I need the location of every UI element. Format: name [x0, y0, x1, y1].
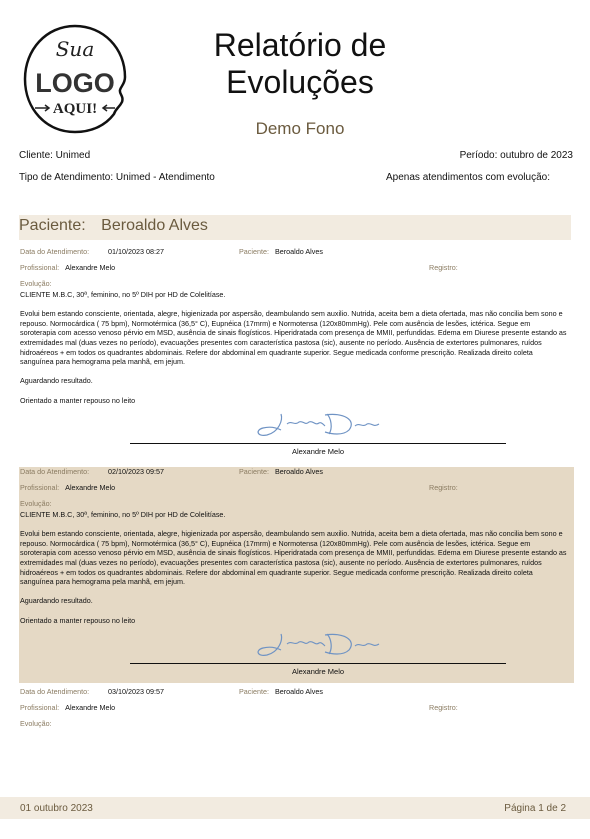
paciente-value: Beroaldo Alves [275, 247, 323, 256]
evolucao-paragraph: CLIENTE M.B.C, 30ª, feminino, no 5º DIH … [20, 510, 568, 520]
evolucao-label: Evolução: [20, 279, 52, 288]
evolucao-paragraph: Evolui bem estando consciente, orientada… [20, 529, 568, 587]
profissional-value: Alexandre Melo [65, 263, 115, 272]
data-label: Data do Atendimento: [20, 247, 89, 256]
page-footer: 01 outubro 2023 Página 1 de 2 [0, 797, 590, 819]
registro-label: Registro: [429, 703, 458, 712]
data-label: Data do Atendimento: [20, 467, 89, 476]
paciente-value: Beroaldo Alves [275, 467, 323, 476]
signature-line [130, 663, 506, 664]
patient-header: Paciente: Beroaldo Alves [19, 215, 571, 240]
profissional-label: Profissional: [20, 263, 59, 272]
profissional-label: Profissional: [20, 703, 59, 712]
evolucao-paragraph: Aguardando resultado. [20, 596, 568, 606]
paciente-label: Paciente: [239, 247, 269, 256]
evolucao-paragraph: Evolui bem estando consciente, orientada… [20, 309, 568, 367]
data-value: 03/10/2023 09:57 [108, 687, 164, 696]
evolucao-label: Evolução: [20, 719, 52, 728]
paciente-value: Beroaldo Alves [275, 687, 323, 696]
logo-line3: AQUI! [53, 101, 97, 117]
patient-name: Beroaldo Alves [101, 217, 208, 235]
evolucao-paragraph: Orientado a manter repouso no leito [20, 396, 568, 406]
logo-line1: Sua [56, 37, 95, 61]
filter-apenas-evolucao: Apenas atendimentos com evolução: [386, 172, 550, 183]
evolution-entry: Data do Atendimento: 02/10/2023 09:57 Pa… [19, 467, 574, 683]
report-title-line2: Evoluções [180, 64, 420, 101]
signature-name: Alexandre Melo [130, 667, 506, 676]
report-title: Relatório de Evoluções [180, 27, 420, 101]
evolution-entry: Data do Atendimento: 03/10/2023 09:57 Pa… [19, 687, 574, 737]
evolucao-paragraph: Orientado a manter repouso no leito [20, 616, 568, 626]
report-subtitle: Demo Fono [180, 119, 420, 139]
company-logo: Sua LOGO AQUI! [21, 22, 129, 136]
patient-label: Paciente: [19, 217, 86, 235]
filter-tipo-atendimento: Tipo de Atendimento: Unimed - Atendiment… [19, 172, 215, 183]
data-value: 01/10/2023 08:27 [108, 247, 164, 256]
report-title-line1: Relatório de [180, 27, 420, 64]
profissional-label: Profissional: [20, 483, 59, 492]
evolucao-text: CLIENTE M.B.C, 30ª, feminino, no 5º DIH … [20, 510, 568, 635]
paciente-label: Paciente: [239, 467, 269, 476]
paciente-label: Paciente: [239, 687, 269, 696]
evolution-entry: Data do Atendimento: 01/10/2023 08:27 Pa… [19, 245, 574, 460]
evolucao-label: Evolução: [20, 499, 52, 508]
registro-label: Registro: [429, 263, 458, 272]
profissional-value: Alexandre Melo [65, 483, 115, 492]
signature-line [130, 443, 506, 444]
filter-cliente: Cliente: Unimed [19, 150, 90, 161]
registro-label: Registro: [429, 483, 458, 492]
profissional-value: Alexandre Melo [65, 703, 115, 712]
evolucao-paragraph: Aguardando resultado. [20, 376, 568, 386]
signature-name: Alexandre Melo [130, 447, 506, 456]
evolucao-paragraph: CLIENTE M.B.C, 30ª, feminino, no 5º DIH … [20, 290, 568, 300]
signature-image [253, 630, 383, 660]
logo-line2: LOGO [35, 68, 115, 98]
evolucao-text: CLIENTE M.B.C, 30ª, feminino, no 5º DIH … [20, 290, 568, 415]
footer-date: 01 outubro 2023 [20, 803, 93, 814]
data-label: Data do Atendimento: [20, 687, 89, 696]
data-value: 02/10/2023 09:57 [108, 467, 164, 476]
signature-image [253, 410, 383, 440]
page-number: Página 1 de 2 [504, 803, 566, 814]
filter-periodo: Período: outubro de 2023 [460, 150, 573, 161]
